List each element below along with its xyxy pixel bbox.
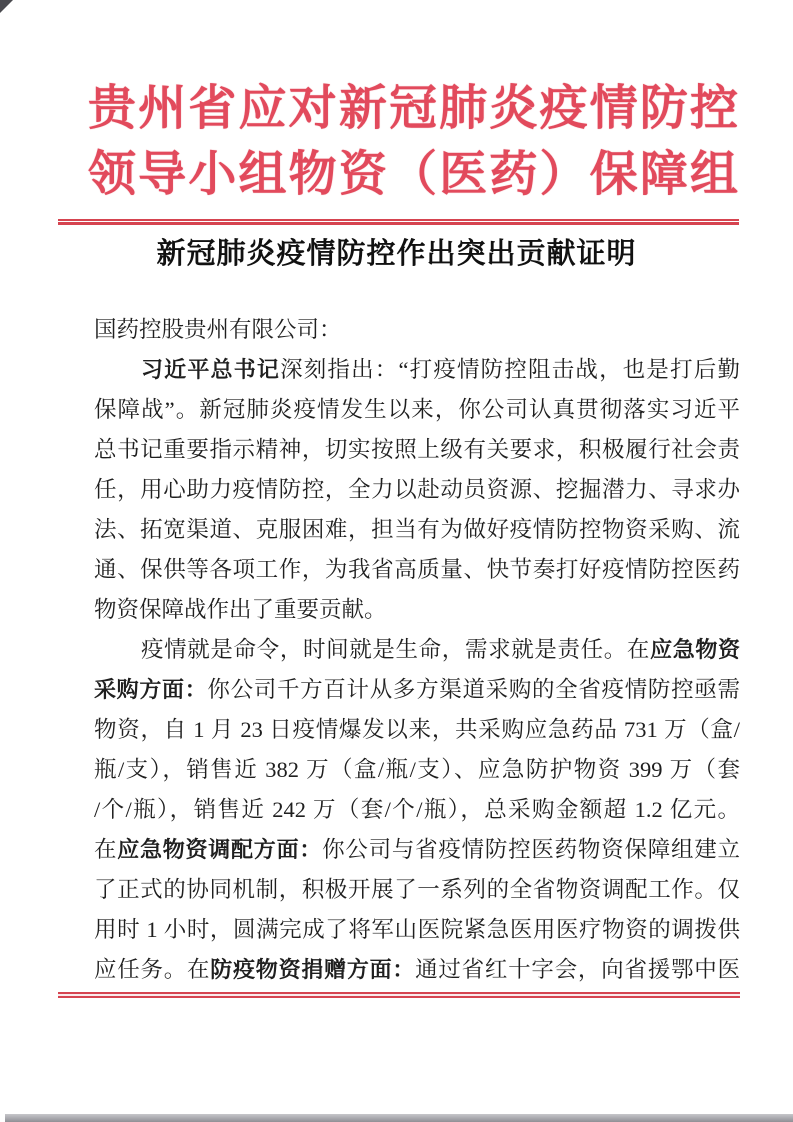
body-line: 采购方面：你公司千方百计从多方渠道采购的全省疫情防控亟需 xyxy=(94,670,740,710)
body-text-emphasis: 采购方面： xyxy=(94,677,207,702)
letterhead-line-2: 领导小组物资（医药）保障组 xyxy=(88,142,738,208)
body-text: 了正式的协同机制，积极开展了一系列的全省物资调配工作。仅 xyxy=(94,877,740,902)
body-text-emphasis: 防疫物资捐赠方面： xyxy=(210,957,415,982)
body-text: 你公司千方百计从多方渠道采购的全省疫情防控亟需 xyxy=(207,677,740,702)
letterhead-line-1: 贵州省应对新冠肺炎疫情防控 xyxy=(88,76,738,142)
body-text: 法、拓宽渠道、克服困难，担当有为做好疫情防控物资采购、流 xyxy=(94,517,740,542)
document-body: 国药控股贵州有限公司：习近平总书记深刻指出：“打疫情防控阻击战，也是打后勤保障战… xyxy=(94,310,740,990)
body-line: 疫情就是命令，时间就是生命，需求就是责任。在应急物资 xyxy=(94,630,740,670)
body-text: 瓶/支），销售近 382 万（盒/瓶/支）、应急防护物资 399 万（套 xyxy=(94,757,740,782)
body-line: 保障战”。新冠肺炎疫情发生以来，你公司认真贯彻落实习近平 xyxy=(94,390,740,430)
body-line: 通、保供等各项工作，为我省高质量、快节奏打好疫情防控医药 xyxy=(94,550,740,590)
body-text: 深刻指出：“打疫情防控阻击战，也是打后勤 xyxy=(280,357,740,382)
body-line: 习近平总书记深刻指出：“打疫情防控阻击战，也是打后勤 xyxy=(94,350,740,390)
scanned-document-page: 贵州省应对新冠肺炎疫情防控 领导小组物资（医药）保障组 新冠肺炎疫情防控作出突出… xyxy=(0,0,793,1122)
body-line: /个/瓶），销售近 242 万（套/个/瓶），总采购金额超 1.2 亿元。 xyxy=(94,790,740,830)
body-text: 在 xyxy=(94,837,117,862)
scan-corner-artifact xyxy=(0,0,13,13)
document-title: 新冠肺炎疫情防控作出突出贡献证明 xyxy=(0,231,793,272)
body-line: 物资，自 1 月 23 日疫情爆发以来，共采购应急药品 731 万（盒/ xyxy=(94,710,740,750)
body-line: 在应急物资调配方面：你公司与省疫情防控医药物资保障组建立 xyxy=(94,830,740,870)
body-line: 应任务。在防疫物资捐赠方面：通过省红十字会，向省援鄂中医 xyxy=(94,950,740,990)
body-text: /个/瓶），销售近 242 万（套/个/瓶），总采购金额超 1.2 亿元。 xyxy=(94,797,740,822)
body-text-emphasis: 习近平总书记 xyxy=(141,357,280,382)
body-text: 应任务。在 xyxy=(94,957,210,982)
scan-edge-bar xyxy=(5,1114,793,1122)
letterhead-red-rule xyxy=(58,219,739,225)
body-text: 通过省红十字会，向省援鄂中医 xyxy=(415,957,740,982)
body-text: 物资保障战作出了重要贡献。 xyxy=(94,597,387,622)
body-text: 用时 1 小时，圆满完成了将军山医院紧急医用医疗物资的调拨供 xyxy=(94,917,740,942)
body-text-emphasis: 应急物资调配方面： xyxy=(117,837,322,862)
body-line: 国药控股贵州有限公司： xyxy=(94,310,740,350)
body-line: 物资保障战作出了重要贡献。 xyxy=(94,590,740,630)
body-line: 用时 1 小时，圆满完成了将军山医院紧急医用医疗物资的调拨供 xyxy=(94,910,740,950)
body-line: 瓶/支），销售近 382 万（盒/瓶/支）、应急防护物资 399 万（套 xyxy=(94,750,740,790)
footer-red-rule xyxy=(58,992,740,998)
letterhead-title: 贵州省应对新冠肺炎疫情防控 领导小组物资（医药）保障组 xyxy=(88,76,738,208)
body-text: 物资，自 1 月 23 日疫情爆发以来，共采购应急药品 731 万（盒/ xyxy=(94,717,740,742)
body-text: 通、保供等各项工作，为我省高质量、快节奏打好疫情防控医药 xyxy=(94,557,740,582)
body-text-emphasis: 应急物资 xyxy=(650,637,740,662)
body-text: 疫情就是命令，时间就是生命，需求就是责任。在 xyxy=(141,637,650,662)
body-line: 法、拓宽渠道、克服困难，担当有为做好疫情防控物资采购、流 xyxy=(94,510,740,550)
body-text: 你公司与省疫情防控医药物资保障组建立 xyxy=(322,837,740,862)
body-line: 总书记重要指示精神，切实按照上级有关要求，积极履行社会责 xyxy=(94,430,740,470)
body-text: 总书记重要指示精神，切实按照上级有关要求，积极履行社会责 xyxy=(94,437,740,462)
body-line: 了正式的协同机制，积极开展了一系列的全省物资调配工作。仅 xyxy=(94,870,740,910)
body-text: 任，用心助力疫情防控，全力以赴动员资源、挖掘潜力、寻求办 xyxy=(94,477,740,502)
body-line: 任，用心助力疫情防控，全力以赴动员资源、挖掘潜力、寻求办 xyxy=(94,470,740,510)
body-text: 保障战”。新冠肺炎疫情发生以来，你公司认真贯彻落实习近平 xyxy=(94,397,740,422)
body-text: 国药控股贵州有限公司： xyxy=(94,317,342,342)
